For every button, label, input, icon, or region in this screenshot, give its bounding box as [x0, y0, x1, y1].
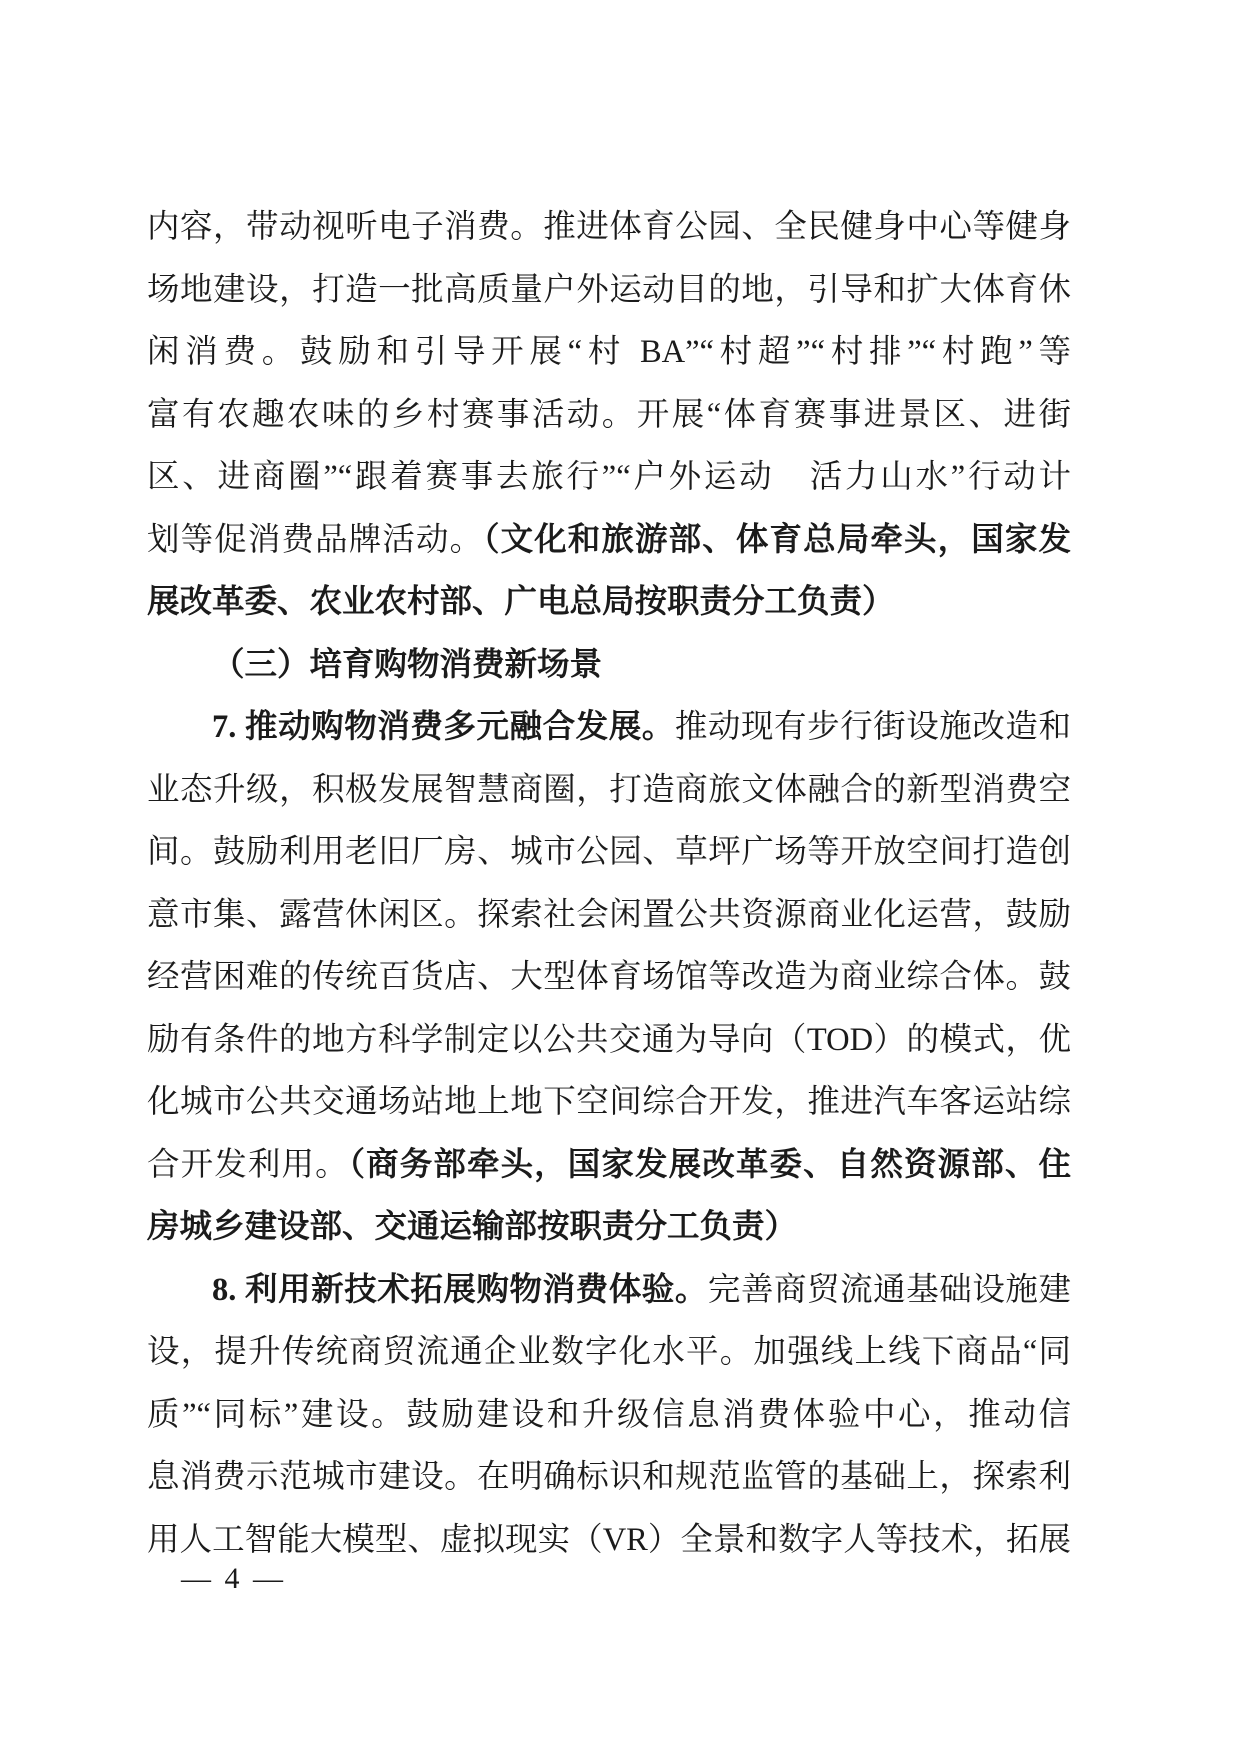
text-line: 划等促消费品牌活动。（文化和旅游部、体育总局牵头，国家发	[147, 509, 1071, 572]
body-text: 完善商贸流通基础设施建	[708, 1272, 1071, 1308]
text-line: 经营困难的传统百货店、大型体育场馆等改造为商业综合体。鼓	[147, 946, 1071, 1009]
body-text: 经营困难的传统百货店、大型体育场馆等改造为商业综合体。鼓	[147, 959, 1071, 995]
body-text: 质”“同标”建设。鼓励建设和升级信息消费体验中心，推动信	[147, 1397, 1071, 1433]
text-line: 化城市公共交通场站地上地下空间综合开发，推进汽车客运站综	[147, 1071, 1071, 1134]
body-text: 用人工智能大模型、虚拟现实（VR）全景和数字人等技术，拓展	[147, 1522, 1071, 1558]
emphasis-text: （三）培育购物消费新场景	[212, 647, 602, 683]
body-text: 息消费示范城市建设。在明确标识和规范监管的基础上，探索利	[147, 1459, 1071, 1495]
text-line: 展改革委、农业农村部、广电总局按职责分工负责）	[147, 571, 1071, 634]
body-text: 富有农趣农味的乡村赛事活动。开展“体育赛事进景区、进街	[147, 397, 1071, 433]
emphasis-text: 7. 推动购物消费多元融合发展。	[212, 709, 675, 745]
responsibility-clause: 展改革委、农业农村部、广电总局按职责分工负责）	[147, 584, 895, 620]
text-line: 间。鼓励利用老旧厂房、城市公园、草坪广场等开放空间打造创	[147, 821, 1071, 884]
document-page: 内容，带动视听电子消费。推进体育公园、全民健身中心等健身场地建设，打造一批高质量…	[0, 0, 1240, 1753]
text-line: 励有条件的地方科学制定以公共交通为导向（TOD）的模式，优	[147, 1009, 1071, 1072]
responsibility-clause: （文化和旅游部、体育总局牵头，国家发	[483, 522, 1071, 558]
body-text: 间。鼓励利用老旧厂房、城市公园、草坪广场等开放空间打造创	[147, 834, 1071, 870]
text-line: （三）培育购物消费新场景	[147, 634, 1071, 697]
text-line: 7. 推动购物消费多元融合发展。推动现有步行街设施改造和	[147, 696, 1071, 759]
text-line: 区、进商圈”“跟着赛事去旅行”“户外运动 活力山水”行动计	[147, 446, 1071, 509]
body-text: 化城市公共交通场站地上地下空间综合开发，推进汽车客运站综	[147, 1084, 1071, 1120]
body-text: 励有条件的地方科学制定以公共交通为导向（TOD）的模式，优	[147, 1022, 1071, 1058]
responsibility-clause: （商务部牵头，国家发展改革委、自然资源部、住	[349, 1147, 1071, 1183]
body-text: 划等促消费品牌活动。	[147, 522, 483, 558]
text-line: 房城乡建设部、交通运输部按职责分工负责）	[147, 1196, 1071, 1259]
text-line: 富有农趣农味的乡村赛事活动。开展“体育赛事进景区、进街	[147, 384, 1071, 447]
body-text: 业态升级，积极发展智慧商圈，打造商旅文体融合的新型消费空	[147, 772, 1071, 808]
text-line: 闲消费。鼓励和引导开展“村 BA”“村超”“村排”“村跑”等	[147, 321, 1071, 384]
responsibility-clause: 房城乡建设部、交通运输部按职责分工负责）	[147, 1209, 797, 1245]
body-text: 合开发利用。	[147, 1147, 349, 1183]
body-text: 设，提升传统商贸流通企业数字化水平。加强线上线下商品“同	[147, 1334, 1071, 1370]
text-body: 内容，带动视听电子消费。推进体育公园、全民健身中心等健身场地建设，打造一批高质量…	[147, 196, 1071, 1571]
body-text: 区、进商圈”“跟着赛事去旅行”“户外运动 活力山水”行动计	[147, 459, 1071, 495]
text-line: 业态升级，积极发展智慧商圈，打造商旅文体融合的新型消费空	[147, 759, 1071, 822]
page-number: — 4 —	[181, 1560, 286, 1598]
text-line: 息消费示范城市建设。在明确标识和规范监管的基础上，探索利	[147, 1446, 1071, 1509]
text-line: 意市集、露营休闲区。探索社会闲置公共资源商业化运营，鼓励	[147, 884, 1071, 947]
text-line: 合开发利用。（商务部牵头，国家发展改革委、自然资源部、住	[147, 1134, 1071, 1197]
text-line: 8. 利用新技术拓展购物消费体验。完善商贸流通基础设施建	[147, 1259, 1071, 1322]
body-text: 场地建设，打造一批高质量户外运动目的地，引导和扩大体育休	[147, 272, 1071, 308]
body-text: 闲消费。鼓励和引导开展“村 BA”“村超”“村排”“村跑”等	[147, 334, 1071, 370]
body-text: 推动现有步行街设施改造和	[675, 709, 1071, 745]
body-text: 内容，带动视听电子消费。推进体育公园、全民健身中心等健身	[147, 209, 1071, 245]
text-line: 质”“同标”建设。鼓励建设和升级信息消费体验中心，推动信	[147, 1384, 1071, 1447]
emphasis-text: 8. 利用新技术拓展购物消费体验。	[212, 1272, 708, 1308]
text-line: 设，提升传统商贸流通企业数字化水平。加强线上线下商品“同	[147, 1321, 1071, 1384]
body-text: 意市集、露营休闲区。探索社会闲置公共资源商业化运营，鼓励	[147, 897, 1071, 933]
text-line: 内容，带动视听电子消费。推进体育公园、全民健身中心等健身	[147, 196, 1071, 259]
text-line: 场地建设，打造一批高质量户外运动目的地，引导和扩大体育休	[147, 259, 1071, 322]
